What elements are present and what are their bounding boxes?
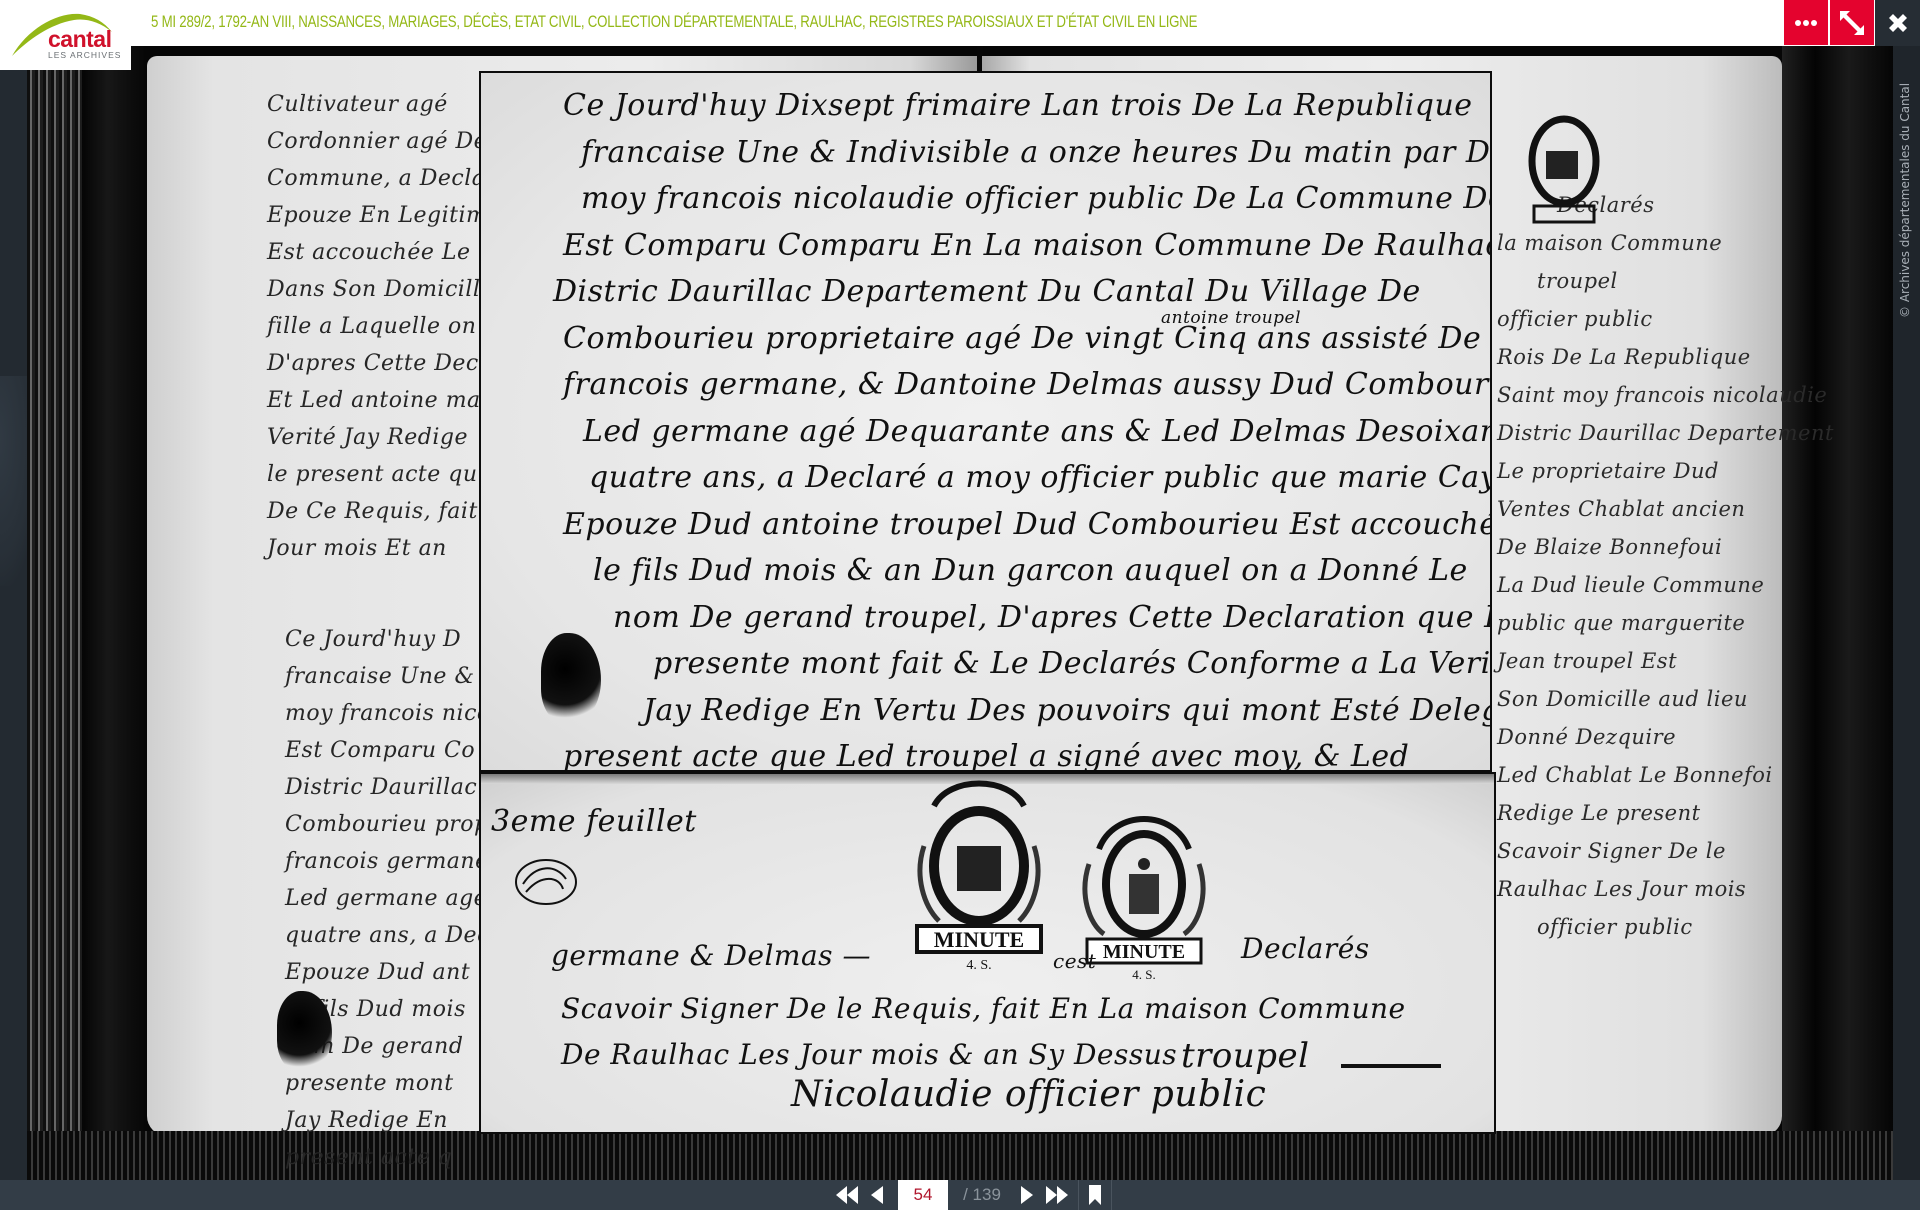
handwriting-line: francois germane, & Dantoine Delmas auss… — [563, 362, 1490, 409]
page-navigation-bar: / 139 — [0, 1180, 1920, 1210]
cantal-archives-logo[interactable]: cantal LES ARCHIVES — [0, 0, 131, 70]
handwriting-line: Distric Daurillac Departement Du Cantal … — [553, 269, 1490, 316]
handwriting-line: Ventes Chablat ancien — [1497, 490, 1834, 528]
page-title: 5 MI 289/2, 1792-AN VIII, NAISSANCES, MA… — [151, 12, 1197, 32]
handwriting-line: Raulhac Les Jour mois — [1497, 870, 1834, 908]
handwriting-line: presente mont fait & Le Declarés Conform… — [653, 641, 1490, 688]
handwriting-line: Jay Redige En Vertu Des pouvoirs qui mon… — [643, 688, 1490, 735]
svg-text:4. S.: 4. S. — [1132, 967, 1155, 982]
total-pages-label: / 139 — [952, 1185, 1012, 1205]
handwriting-line: Epouze Dud antoine troupel Dud Combourie… — [563, 502, 1490, 549]
right-page-text: Declarés la maison Commune troupel offic… — [1497, 186, 1834, 946]
previous-page-button[interactable] — [862, 1180, 892, 1210]
handwriting-line: La Dud lieule Commune — [1497, 566, 1834, 604]
expand-arrows-icon — [1838, 9, 1866, 37]
handwriting-line: officier public — [1497, 300, 1834, 338]
svg-text:MINUTE: MINUTE — [934, 927, 1024, 952]
handwriting-line: nom De gerand troupel, D'apres Cette Dec… — [613, 595, 1490, 642]
svg-text:4. S.: 4. S. — [966, 958, 991, 973]
handwriting-line: quatre ans, a Declaré a moy officier pub… — [589, 455, 1490, 502]
handwriting-line: Le proprietaire Dud — [1497, 452, 1834, 490]
ink-blot — [277, 991, 332, 1071]
handwriting-line: francaise Une & Indivisible a onze heure… — [581, 130, 1490, 177]
handwriting-line: troupel — [1537, 262, 1834, 300]
handwriting-line: officier public — [1537, 908, 1834, 946]
minute-stamp-right: MINUTE 4. S. — [1079, 804, 1209, 984]
bookmark-icon — [1089, 1185, 1101, 1205]
handwriting-line: Distric Daurillac Departement — [1497, 414, 1834, 452]
left-side-panel — [0, 46, 27, 1180]
handwriting-line: Jean troupel Est — [1497, 642, 1834, 680]
zoomed-detail-upper[interactable]: Ce Jourd'huy Dixsept frimaire Lan trois … — [481, 73, 1490, 770]
zoomed-detail-lower[interactable]: 3eme feuillet MINUTE 4. S. — [481, 774, 1494, 1132]
handwriting-line: Rois De La Republique — [1497, 338, 1834, 376]
handwriting-line: Combourieu proprietaire agé De vingt Cin… — [563, 316, 1490, 363]
double-chevron-left-icon — [836, 1186, 858, 1204]
handwriting-line: Led Chablat Le Bonnefoi — [1497, 756, 1834, 794]
fullscreen-button[interactable] — [1830, 0, 1874, 45]
handwriting-line: present acte que Led troupel a signé ave… — [563, 734, 1490, 770]
more-options-button[interactable] — [1784, 0, 1828, 45]
closing-line-1: Scavoir Signer De le Requis, fait En La … — [561, 992, 1406, 1025]
minute-stamp-left: MINUTE 4. S. — [909, 776, 1049, 976]
svg-text:MINUTE: MINUTE — [1103, 941, 1185, 963]
word-declares: Declarés — [1241, 932, 1370, 965]
closing-line-2: De Raulhac Les Jour mois & an Sy Dessus — [561, 1038, 1177, 1071]
handwriting-line: De Blaize Bonnefoui — [1497, 528, 1834, 566]
double-chevron-right-icon — [1046, 1186, 1068, 1204]
revenue-stamp-icon — [1524, 106, 1614, 256]
next-page-button[interactable] — [1012, 1180, 1042, 1210]
bookmark-button[interactable] — [1085, 1180, 1105, 1210]
stamp-seal-icon: MINUTE 4. S. — [909, 776, 1049, 976]
handwriting-line: Ce Jourd'huy Dixsept frimaire Lan trois … — [563, 83, 1490, 130]
signature-troupel: troupel — [1181, 1036, 1310, 1076]
handwriting-line: public que marguerite — [1497, 604, 1834, 642]
word-cest: cest — [1053, 949, 1096, 973]
witness-names: germane & Delmas — — [551, 939, 871, 972]
handwriting-line: Donné Dezquire — [1497, 718, 1834, 756]
logo-wordmark: cantal — [48, 28, 111, 51]
last-page-button[interactable] — [1042, 1180, 1072, 1210]
birth-record-text: Ce Jourd'huy Dixsept frimaire Lan trois … — [563, 83, 1490, 770]
chevron-left-icon — [871, 1186, 883, 1204]
stamp-seal-icon: MINUTE 4. S. — [1079, 804, 1209, 984]
ink-blot — [541, 633, 601, 723]
margin-note-feuillet: 3eme feuillet — [491, 804, 697, 839]
officer-signature: Nicolaudie officier public — [791, 1074, 1266, 1115]
header-bar: 5 MI 289/2, 1792-AN VIII, NAISSANCES, MA… — [0, 0, 1920, 46]
handwriting-line: present acte q — [285, 1139, 520, 1176]
signature-underline — [1341, 1064, 1441, 1068]
handwriting-line: le fils Dud mois & an Dun garcon auquel … — [593, 548, 1490, 595]
close-button[interactable] — [1875, 0, 1920, 46]
document-image-viewer[interactable]: Cultivateur agé Cordonnier agé De Commun… — [27, 46, 1893, 1180]
handwriting-line: Saint moy francois nicolaudie — [1497, 376, 1834, 414]
book-binding-left — [27, 46, 147, 1180]
handwriting-line: Son Domicille aud lieu — [1497, 680, 1834, 718]
handwriting-line: Est Comparu Comparu En La maison Commune… — [563, 223, 1490, 270]
chevron-right-icon — [1021, 1186, 1033, 1204]
current-page-input[interactable] — [898, 1180, 948, 1210]
close-x-icon — [1886, 11, 1910, 35]
nav-divider — [1078, 1180, 1079, 1210]
copyright-notice: © Archives départementales du Cantal — [1898, 83, 1912, 318]
handwriting-line: Redige Le present — [1497, 794, 1834, 832]
paraph-flourish-icon — [511, 854, 581, 909]
more-dots-icon — [1794, 19, 1818, 27]
pagination-controls: / 139 — [832, 1180, 1118, 1210]
handwriting-line: Scavoir Signer De le — [1497, 832, 1834, 870]
handwriting-line: moy francois nicolaudie officier public … — [581, 176, 1490, 223]
logo-subtitle: LES ARCHIVES — [48, 51, 121, 60]
first-page-button[interactable] — [832, 1180, 862, 1210]
statue-background-decoration — [0, 376, 27, 586]
margin-annotation: antoine troupel — [1161, 295, 1301, 342]
nav-divider — [1111, 1180, 1112, 1210]
handwriting-line: Led germane agé Dequarante ans & Led Del… — [583, 409, 1490, 456]
